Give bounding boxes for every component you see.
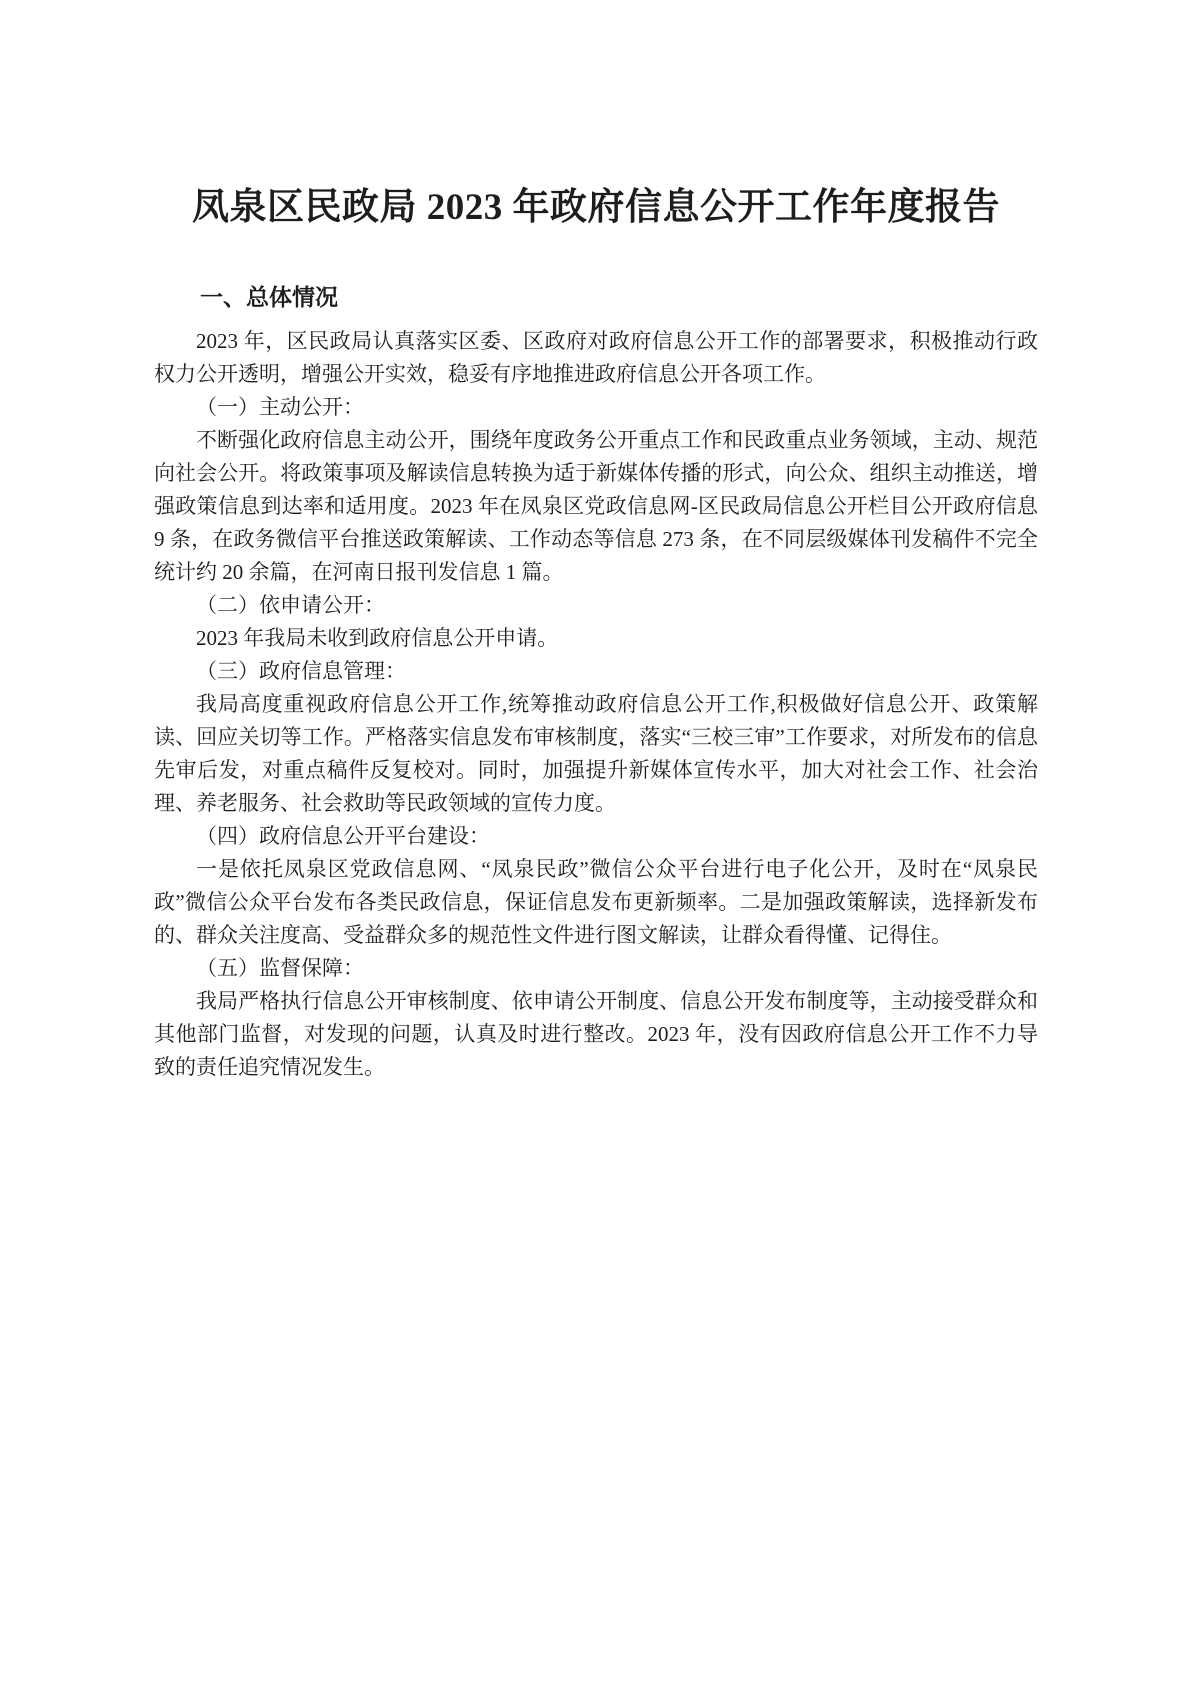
sub-heading: （二）依申请公开：: [154, 589, 1038, 622]
paragraph: 不断强化政府信息主动公开，围绕年度政务公开重点工作和民政重点业务领域，主动、规范…: [154, 424, 1038, 589]
page-title: 凤泉区民政局 2023 年政府信息公开工作年度报告: [154, 186, 1038, 230]
sub-heading: （一）主动公开：: [154, 391, 1038, 424]
paragraph: 2023 年，区民政局认真落实区委、区政府对政府信息公开工作的部署要求，积极推动…: [154, 325, 1038, 391]
sub-heading: （四）政府信息公开平台建设：: [154, 820, 1038, 853]
paragraph: 2023 年我局未收到政府信息公开申请。: [154, 622, 1038, 655]
paragraph: 一是依托凤泉区党政信息网、“凤泉民政”微信公众平台进行电子化公开，及时在“凤泉民…: [154, 853, 1038, 952]
sub-heading: （五）监督保障：: [154, 952, 1038, 985]
paragraph: 我局高度重视政府信息公开工作,统筹推动政府信息公开工作,积极做好信息公开、政策解…: [154, 688, 1038, 820]
sub-heading: （三）政府信息管理：: [154, 655, 1038, 688]
document-page: 凤泉区民政局 2023 年政府信息公开工作年度报告 一、总体情况 2023 年，…: [0, 0, 1190, 1683]
paragraph: 我局严格执行信息公开审核制度、依申请公开制度、信息公开发布制度等，主动接受群众和…: [154, 985, 1038, 1084]
document-body: 2023 年，区民政局认真落实区委、区政府对政府信息公开工作的部署要求，积极推动…: [154, 325, 1038, 1084]
section-heading: 一、总体情况: [154, 284, 1038, 312]
